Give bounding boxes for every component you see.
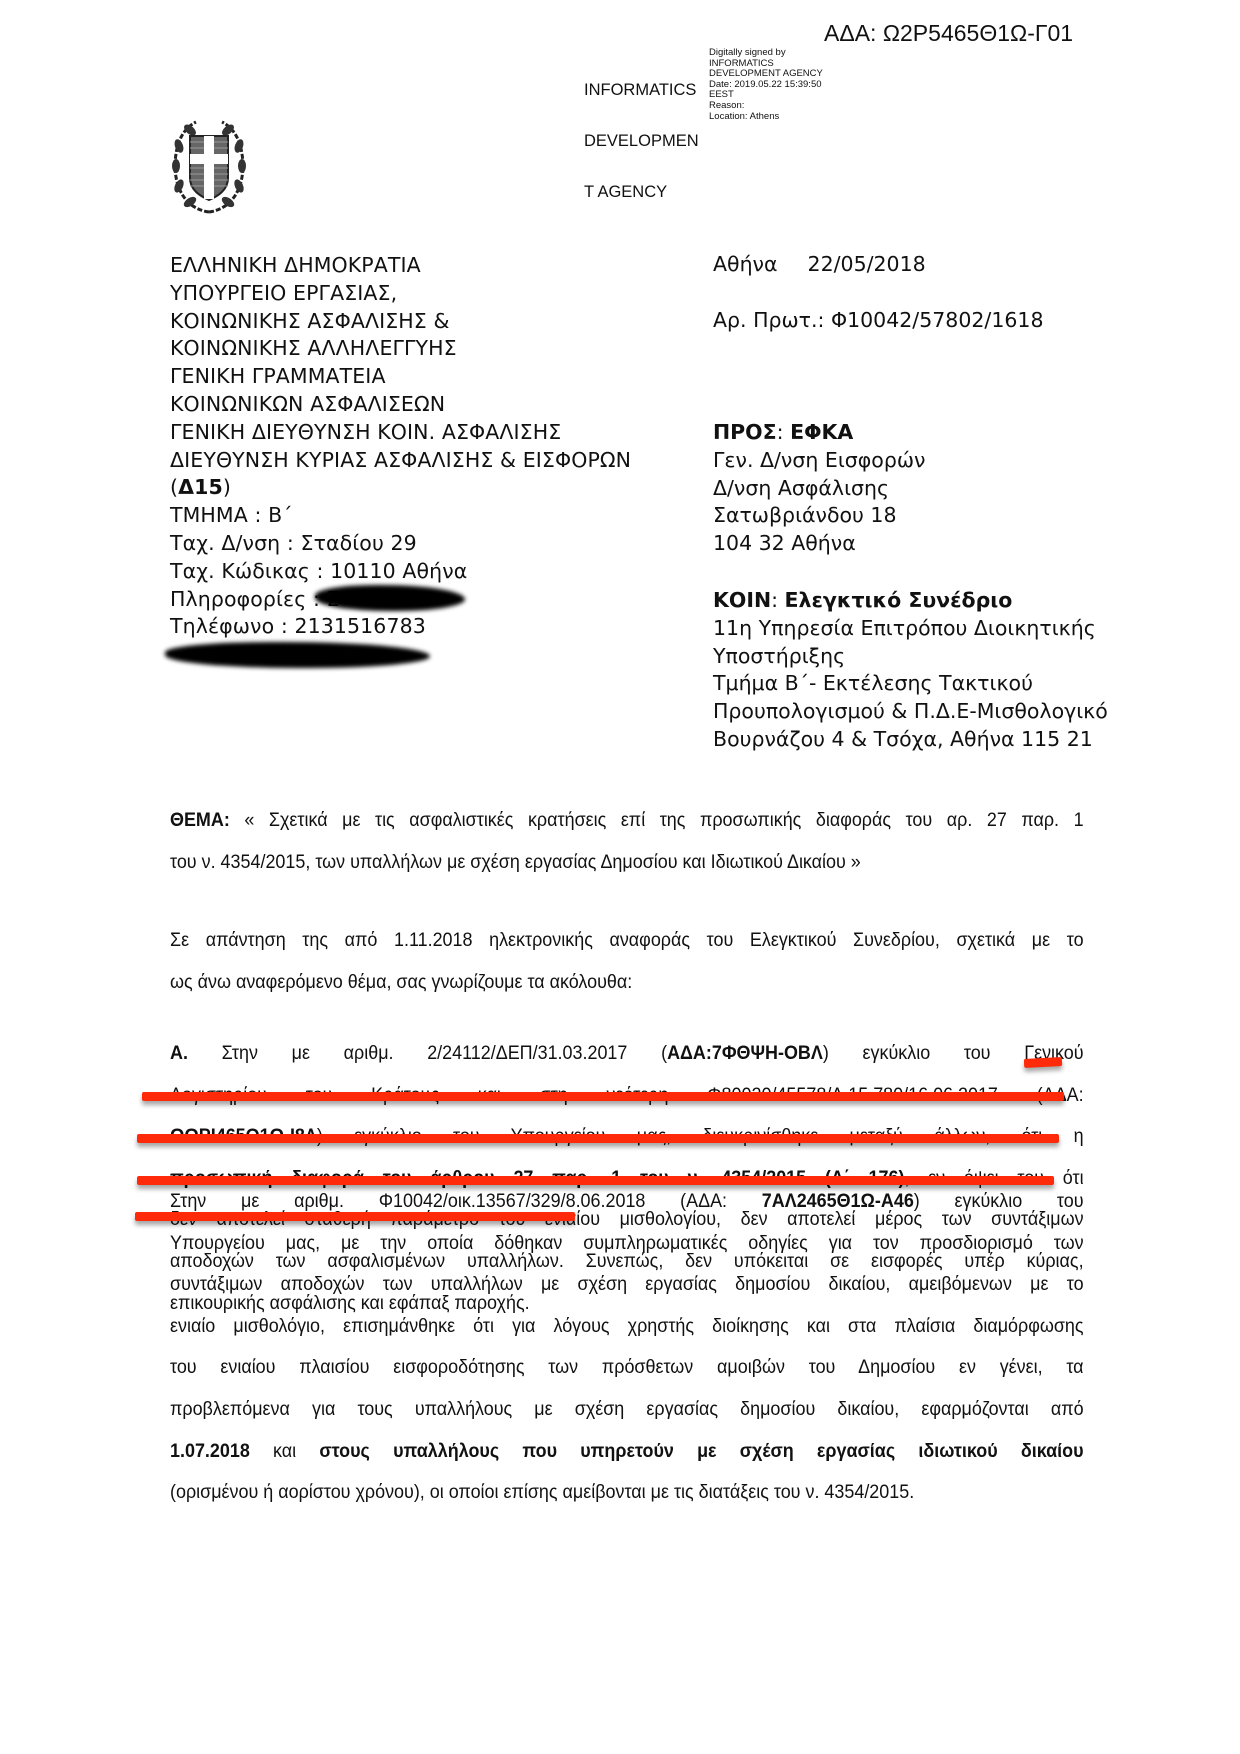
sender-line: ΚΟΙΝΩΝΙΚΗΣ ΑΛΛΗΛΕΓΓΥΗΣ [170, 335, 631, 363]
cc-line: Προυπολογισμού & Π.Δ.Ε-Μισθολογικό [713, 698, 1108, 726]
ada-reference: 7ΑΛ2465Θ1Ω-Α46 [762, 1190, 914, 1212]
ada-reference: ΑΔΑ:7ΦΘΨΗ-ΟΒΛ [667, 1042, 823, 1064]
signature-detail: Digitally signed by [709, 48, 823, 59]
sender-address: Ταχ. Δ/νση : Σταδίου 29 [170, 530, 631, 558]
recipient-heading: ΠΡΟΣ: ΕΦΚΑ [713, 419, 925, 447]
cc-heading: ΚΟΙΝ: Ελεγκτικό Συνέδριο [713, 587, 1108, 615]
recipient-line: 104 32 Αθήνα [713, 530, 925, 558]
sender-line: ΓΕΝΙΚΗ ΓΡΑΜΜΑΤΕΙΑ [170, 363, 631, 391]
cc-line: 11η Υπηρεσία Επιτρόπου Διοικητικής [713, 615, 1108, 643]
signer-line: INFORMATICS [584, 82, 699, 99]
protocol-number: Αρ. Πρωτ.: Φ10042/57802/1618 [713, 308, 1044, 332]
sender-block: ΕΛΛΗΝΙΚΗ ΔΗΜΟΚΡΑΤΙΑ ΥΠΟΥΡΓΕΙΟ ΕΡΓΑΣΙΑΣ, … [170, 252, 631, 641]
sender-line: ΔΙΕΥΘΥΝΣΗ ΚΥΡΙΑΣ ΑΣΦΑΛΙΣΗΣ & ΕΙΣΦΟΡΩΝ [170, 447, 631, 475]
sender-postal-code: Ταχ. Κώδικας : 10110 Αθήνα [170, 558, 631, 586]
emphasized-clause: στους υπαλλήλους που υπηρετούν με σχέση … [319, 1440, 1083, 1462]
digital-signature-details: Digitally signed by INFORMATICS DEVELOPM… [709, 48, 823, 122]
signer-line: T AGENCY [584, 184, 699, 201]
highlight-underline [137, 1176, 1054, 1185]
sender-code: (Δ15) [170, 474, 631, 502]
sender-line: ΕΛΛΗΝΙΚΗ ΔΗΜΟΚΡΑΤΙΑ [170, 252, 631, 280]
signer-line: DEVELOPMEN [584, 133, 699, 150]
ada-document-id: ΑΔΑ: Ω2Ρ5465Θ1Ω-Γ01 [824, 20, 1073, 47]
cc-line: Τμήμα Β΄- Εκτέλεσης Τακτικού [713, 670, 1108, 698]
signature-detail: Location: Athens [709, 112, 823, 123]
highlight-underline [137, 1134, 1059, 1143]
recipient-line: Δ/νση Ασφάλισης [713, 475, 925, 503]
intro-paragraph: Σε απάντηση της από 1.11.2018 ηλεκτρονικ… [170, 920, 1084, 1003]
document-date: Αθήνα22/05/2018 [713, 252, 926, 276]
sender-line: ΚΟΙΝΩΝΙΚΩΝ ΑΣΦΑΛΙΣΕΩΝ [170, 391, 631, 419]
sender-phone: Τηλέφωνο : 2131516783 [170, 613, 631, 641]
greek-coat-of-arms-icon [170, 116, 248, 220]
cc-line: Υποστήριξης [713, 643, 1108, 671]
department-code: Δ15 [178, 475, 223, 499]
sender-line: ΚΟΙΝΩΝΙΚΗΣ ΑΣΦΑΛΙΣΗΣ & [170, 308, 631, 336]
effective-date: 1.07.2018 [170, 1440, 250, 1462]
section-a-paragraph-2: Στην με αριθμ. Φ10042/οικ.13567/329/8.06… [170, 1181, 1084, 1514]
sender-line: ΓΕΝΙΚΗ ΔΙΕΥΘΥΝΣΗ ΚΟΙΝ. ΑΣΦΑΛΙΣΗΣ [170, 419, 631, 447]
highlight-underline [142, 1092, 1064, 1101]
recipient-line: Γεν. Δ/νση Εισφορών [713, 447, 925, 475]
recipient-block: ΠΡΟΣ: ΕΦΚΑ Γεν. Δ/νση Εισφορών Δ/νση Ασφ… [713, 419, 925, 558]
sender-department: ΤΜΗΜΑ : Β΄ [170, 502, 631, 530]
sender-line: ΥΠΟΥΡΓΕΙΟ ΕΡΓΑΣΙΑΣ, [170, 280, 631, 308]
digital-signature-signer: INFORMATICS DEVELOPMEN T AGENCY [584, 48, 699, 218]
subject-label: ΘΕΜΑ: [170, 809, 230, 831]
redaction-mark [315, 585, 465, 611]
highlight-underline [135, 1212, 575, 1221]
signature-detail: Reason: [709, 101, 823, 112]
cc-block: ΚΟΙΝ: Ελεγκτικό Συνέδριο 11η Υπηρεσία Επ… [713, 587, 1108, 754]
cc-line: Βουρνάζου 4 & Τσόχα, Αθήνα 115 21 [713, 726, 1108, 754]
recipient-line: Σατωβριάνδου 18 [713, 502, 925, 530]
redaction-mark [165, 642, 430, 668]
section-label: Α. [170, 1042, 188, 1064]
subject: ΘΕΜΑ: « Σχετικά με τις ασφαλιστικές κρατ… [170, 800, 1084, 883]
